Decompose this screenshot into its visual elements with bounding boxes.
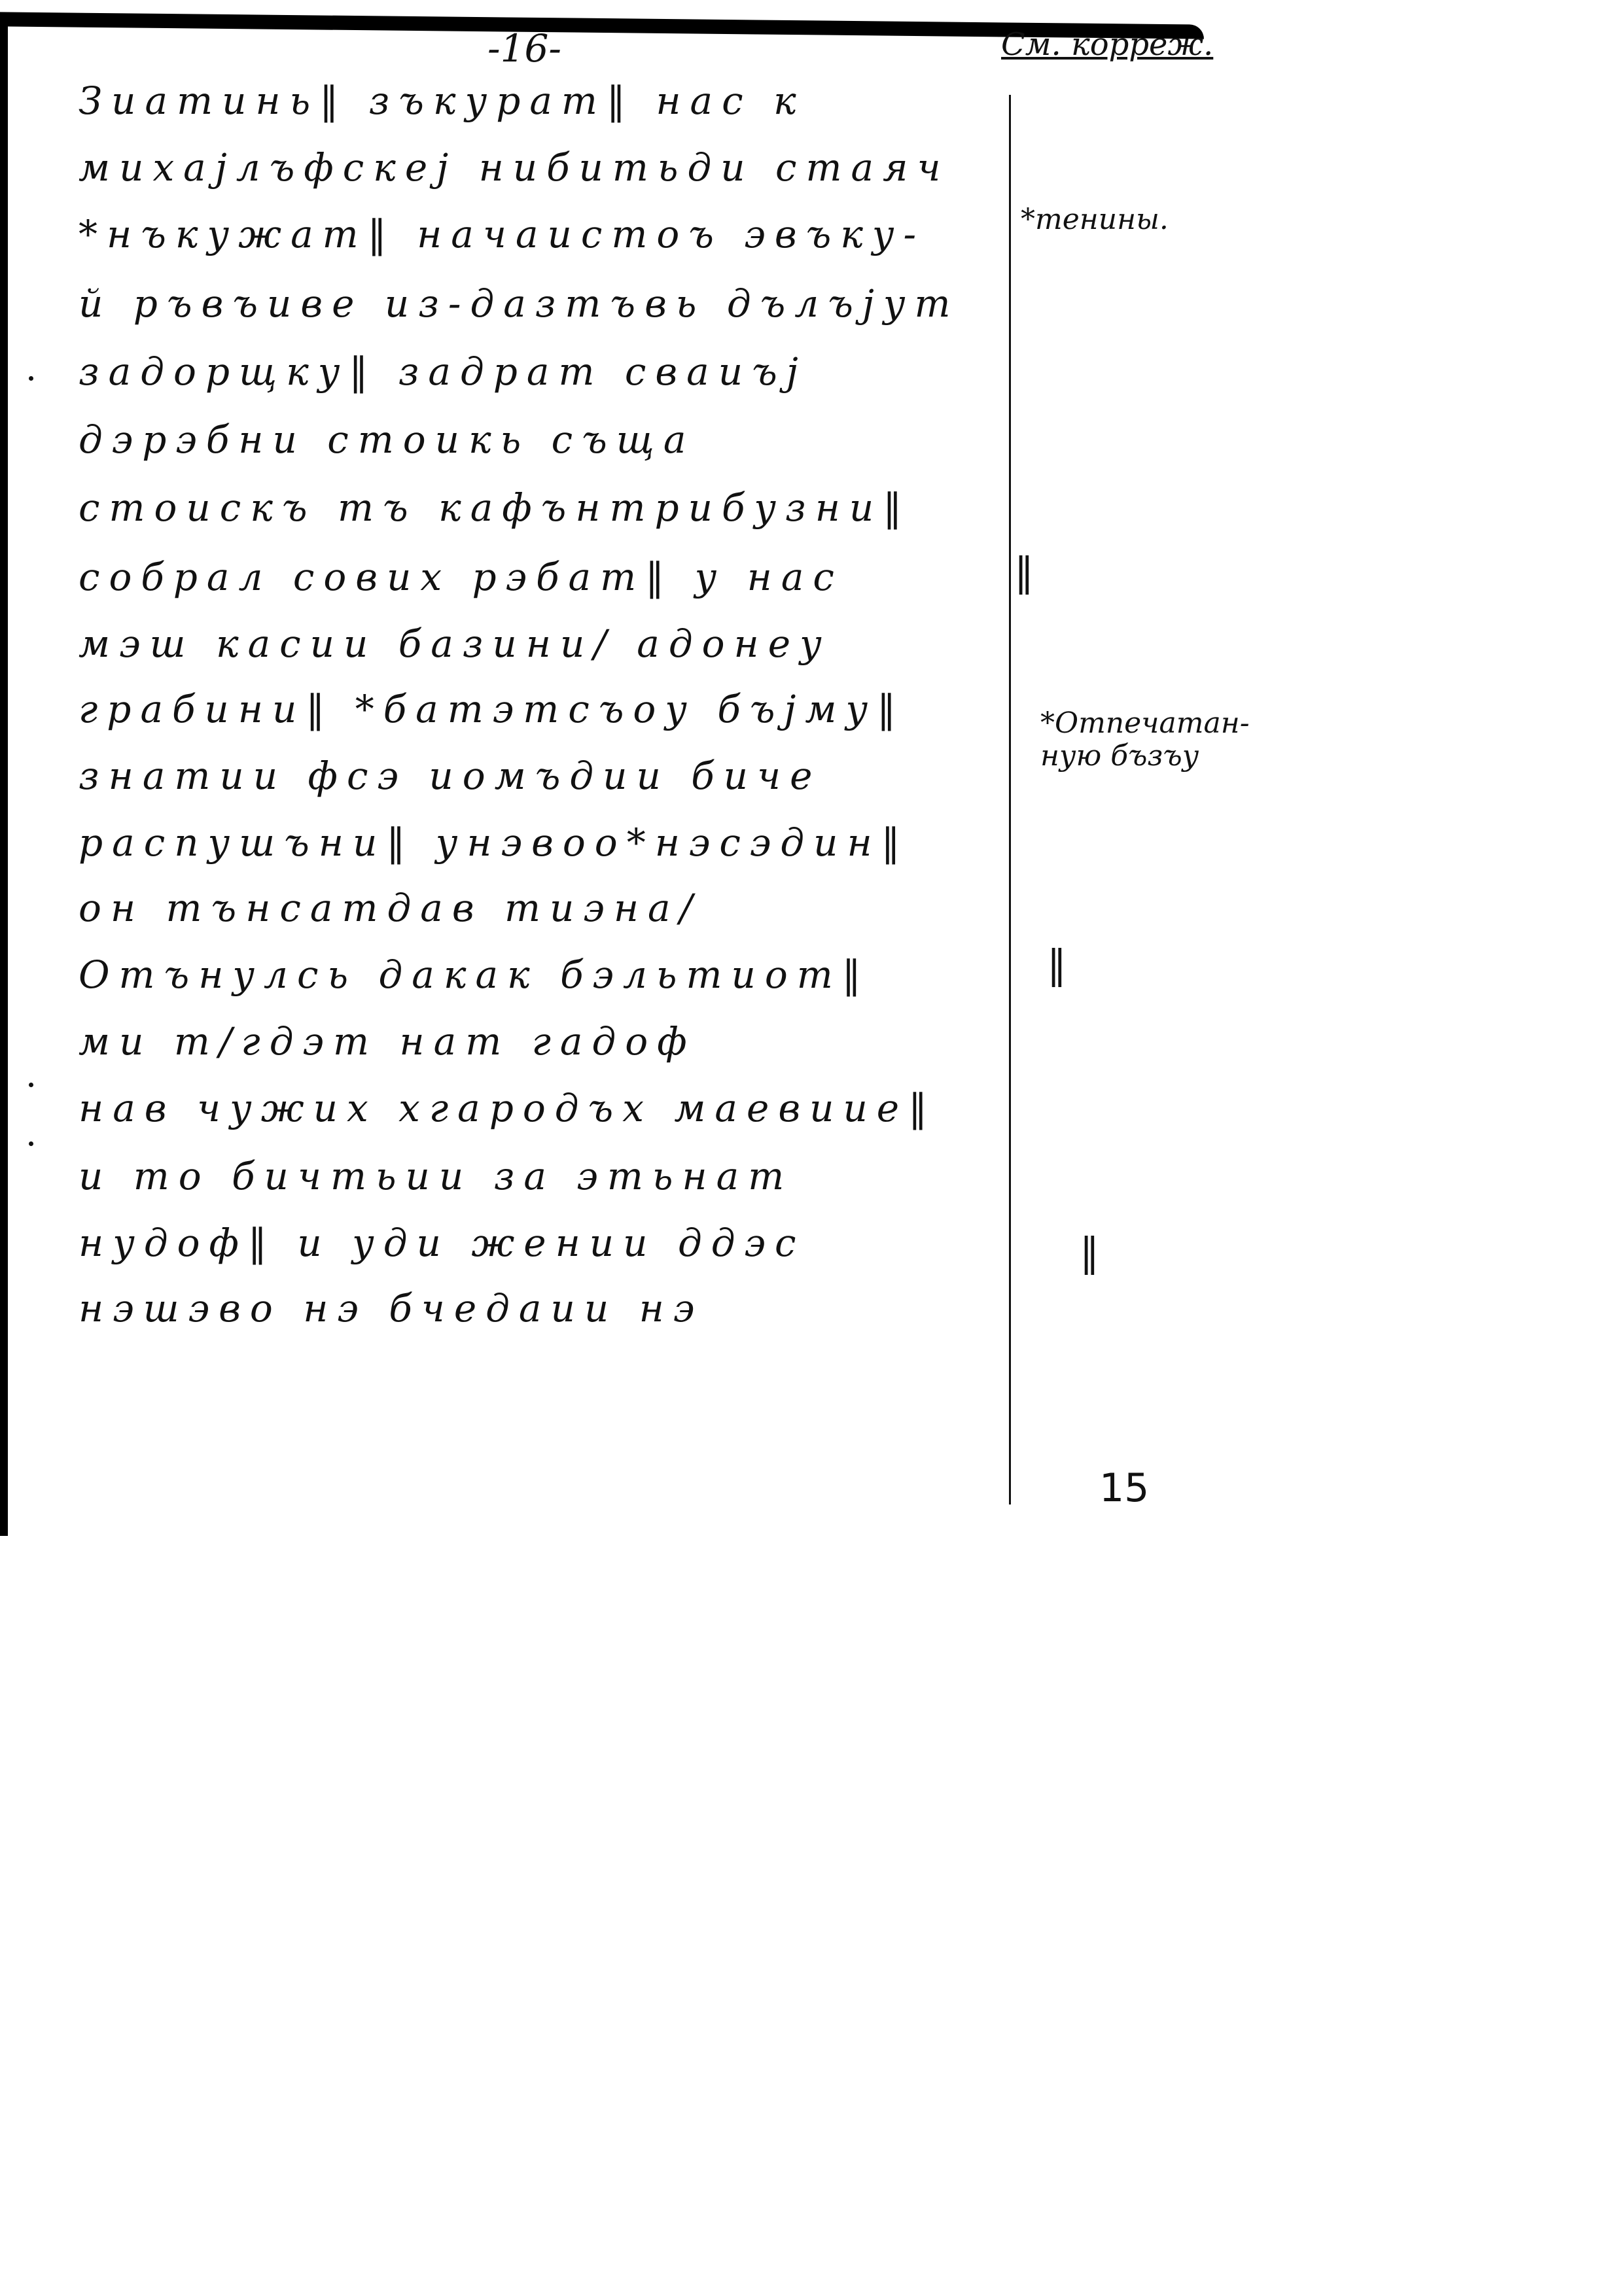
margin-mark: ‖ (1014, 549, 1034, 595)
text-line: задорщку‖ задрат сваиъј (79, 349, 807, 394)
text-line: *нъкужат‖ начаистоъ эвъку- (79, 212, 925, 256)
text-line: михајлъфскеј нибитьди стаяч (79, 145, 950, 190)
text-line: и то бичтьии за этьнат (79, 1154, 793, 1198)
manuscript-page: -16- См. корреж. Зиатинь‖ зъкурат‖ нас к… (0, 0, 1607, 2296)
text-line: стоискъ тъ кафънтрибузни‖ (79, 485, 911, 530)
margin-note: ную бъзъу (1040, 739, 1199, 773)
ink-dot (29, 376, 33, 381)
ink-dot (29, 1141, 33, 1146)
text-line: знатии фсэ иомъдии биче (79, 754, 821, 798)
margin-note: *тенины. (1021, 203, 1169, 236)
text-line: Зиатинь‖ зъкурат‖ нас к (79, 78, 805, 123)
text-line: й ръвъиве из-дазтъвь дълъјут (79, 281, 959, 326)
text-line: он тънсатдав тиэна/ (79, 886, 701, 930)
text-line: мэш касии базини/ адонеу (79, 621, 831, 666)
text-line: грабини‖ *батэтсъоу бъјму‖ (79, 687, 905, 731)
text-line: дэрэбни стоикь съща (79, 417, 695, 462)
margin-note: *Отпечатан- (1040, 706, 1250, 740)
text-line: Отънулсь дакак бэльтиот‖ (79, 952, 870, 997)
text-line: ми т/гдэт нат гадоф (79, 1019, 696, 1064)
header-note: См. корреж. (1001, 26, 1213, 63)
page-number-top: -16- (487, 26, 561, 71)
text-line: нав чужих хгародъх маевиие‖ (79, 1086, 936, 1130)
margin-mark: ‖ (1080, 1230, 1099, 1276)
page-left-edge (0, 18, 8, 1536)
text-line: распушъни‖ унэвоо*нэсэдин‖ (79, 820, 909, 865)
margin-mark: ‖ (1047, 942, 1067, 988)
text-line: нэшэво нэ бчедаии нэ (79, 1286, 703, 1331)
page-number-bottom: 15 (1099, 1465, 1149, 1511)
ink-dot (29, 1083, 33, 1087)
text-line: собрал сових рэбат‖ у нас (79, 555, 843, 599)
text-line: нудоф‖ и уди жении ддэс (79, 1221, 805, 1265)
margin-rule (1009, 95, 1011, 1505)
